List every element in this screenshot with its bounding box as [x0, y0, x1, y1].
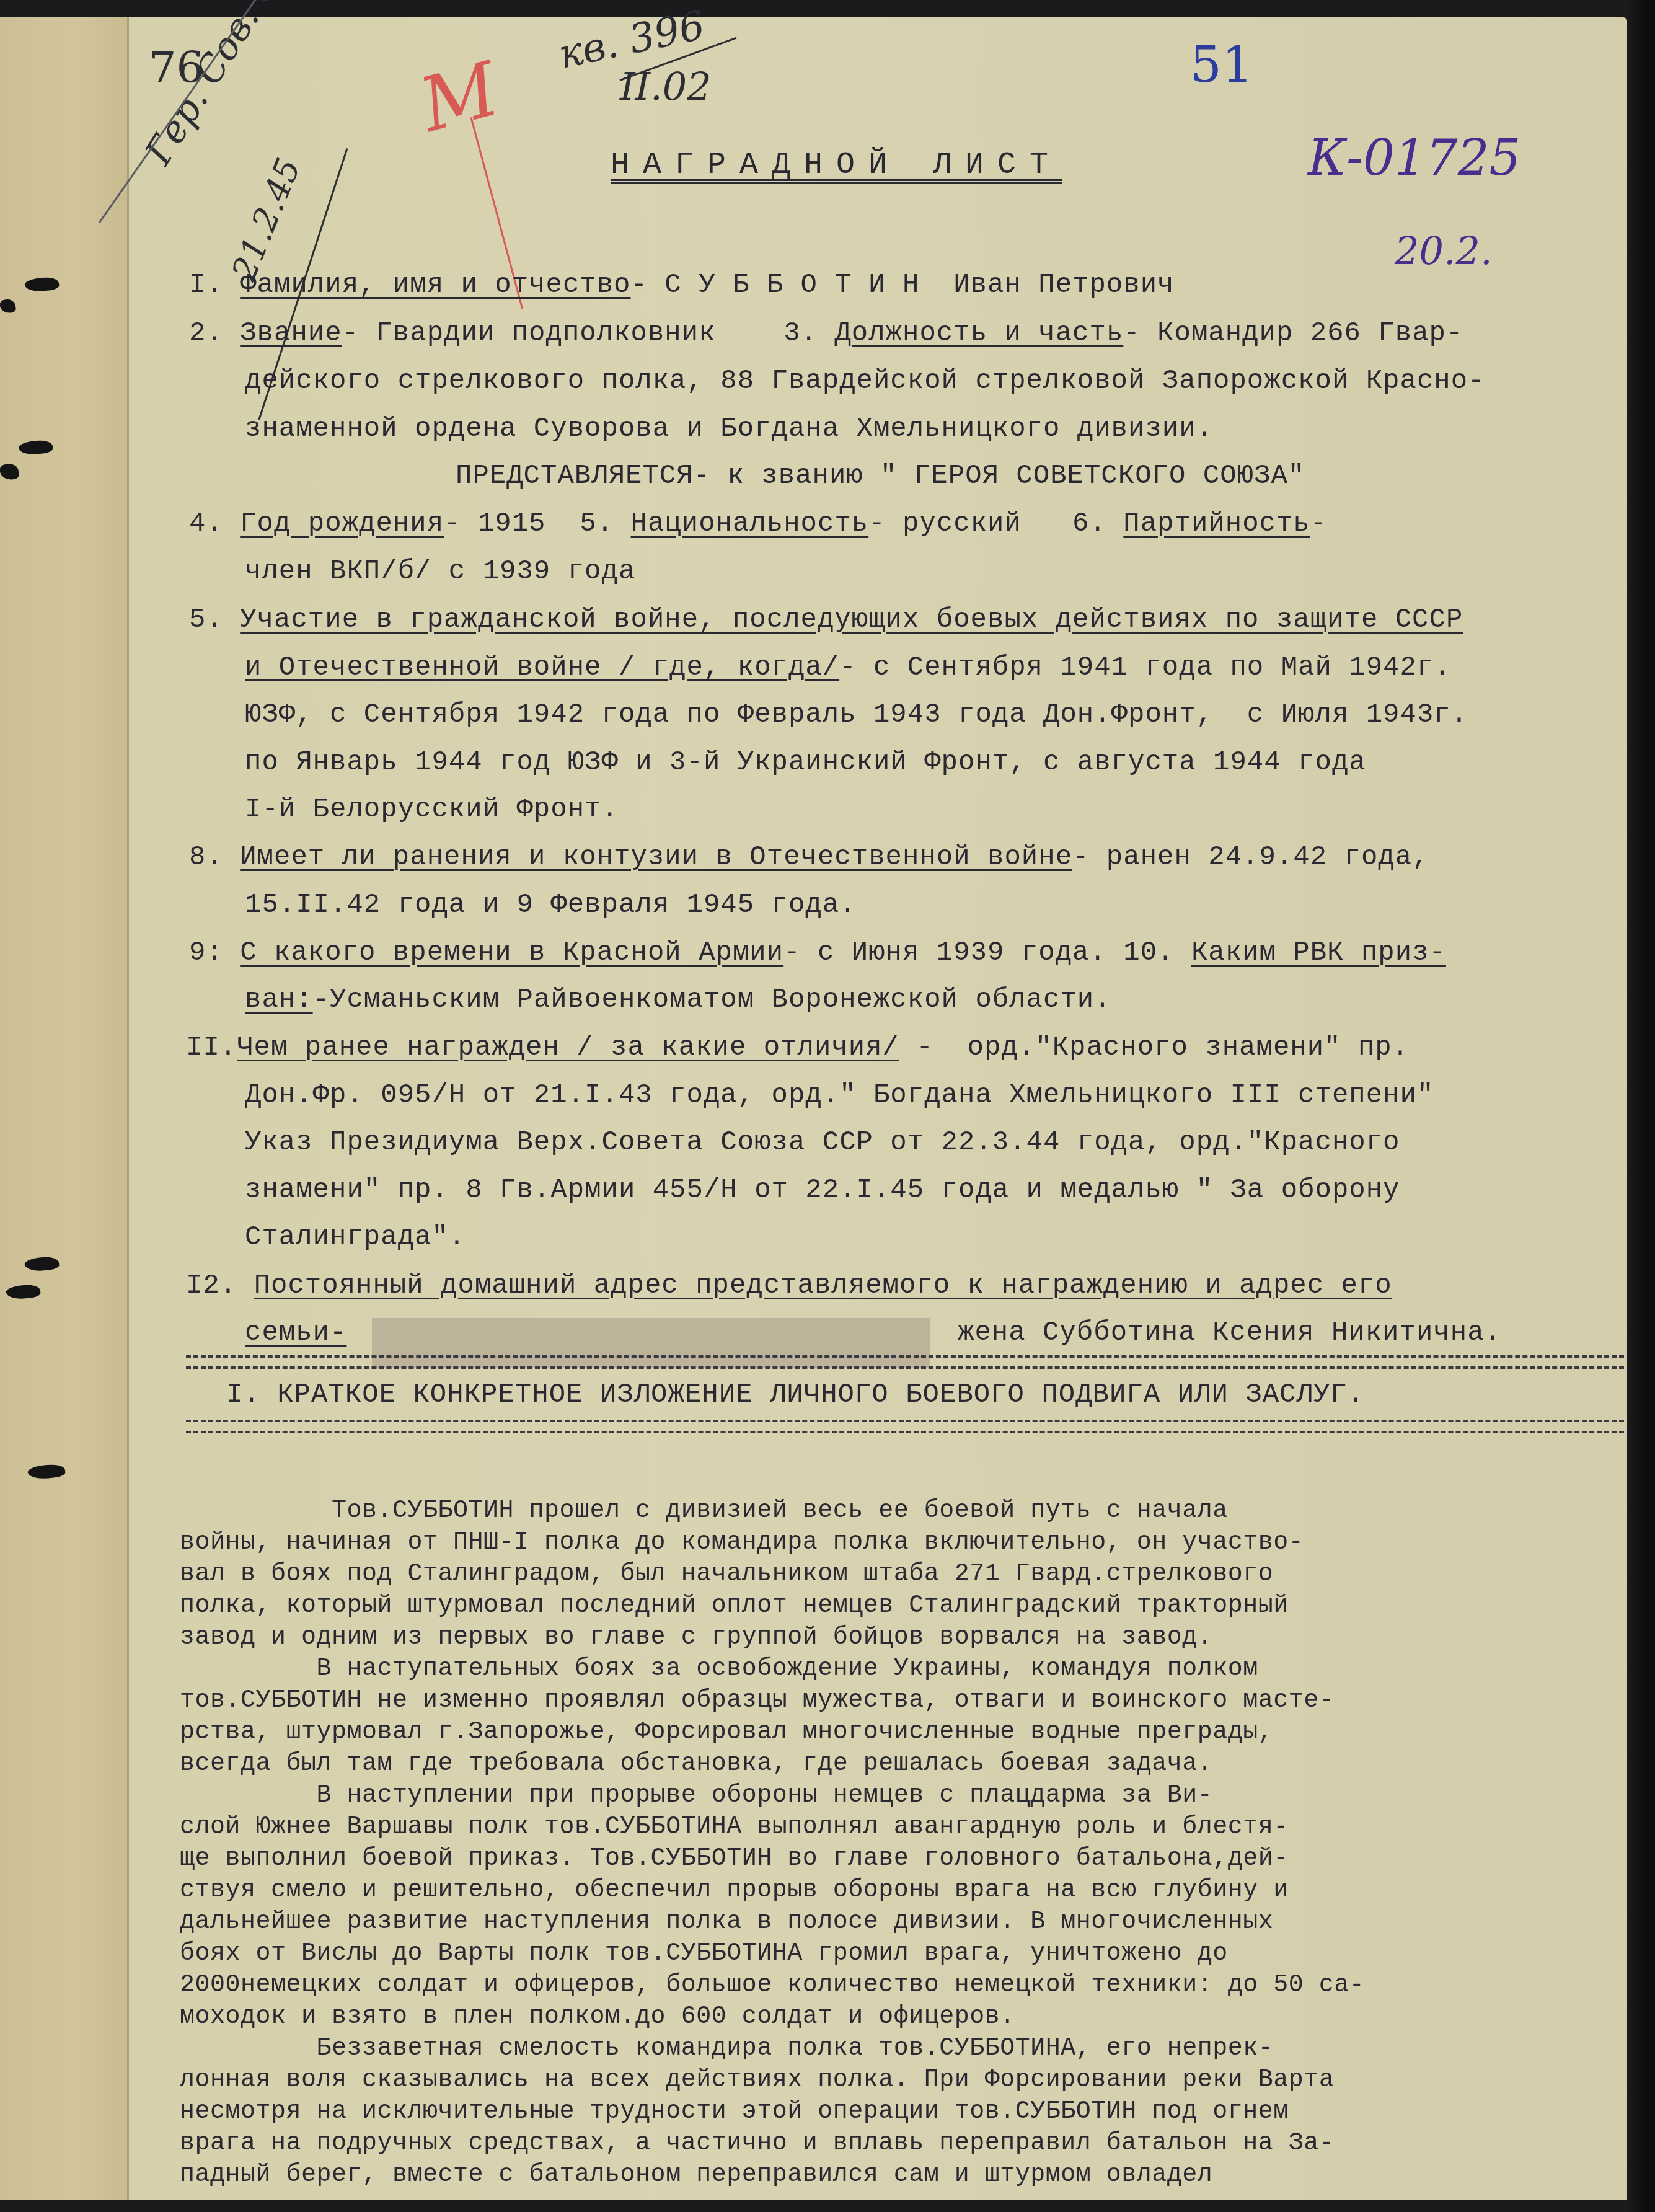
registration-date: 20.2. — [1395, 228, 1493, 273]
archive-mark-sub: II.02 — [620, 64, 712, 109]
field-value: -Усманьским Райвоенкоматом Воронежской о… — [313, 984, 1111, 1015]
document-title: НАГРАДНОЙ ЛИСТ — [611, 148, 1062, 183]
page-number: 51 — [1190, 36, 1253, 94]
field-number: 9: — [189, 937, 223, 968]
field-10-cont: ван:-Усманьским Райвоенкоматом Воронежск… — [245, 986, 1111, 1014]
field-number: 3. — [783, 318, 818, 349]
field-label: Имеет ли ранения и контузии в Отечествен… — [240, 842, 1072, 873]
field-8-cont: 15.II.42 года и 9 Февраля 1945 года. — [245, 891, 857, 919]
field-label: Фамилия, имя и отчество — [240, 270, 630, 301]
field-11-cont: Указ Президиума Верх.Совета Союза ССР от… — [245, 1129, 1400, 1156]
field-number: 8. — [189, 842, 223, 873]
narrative-line: ще выполнил боевой приказ. Тов.СУББОТИН … — [180, 1847, 1289, 1872]
field-value-birth-year: 1915 — [478, 508, 546, 539]
field-label: семьи- — [245, 1317, 346, 1348]
field-label: Звание — [240, 318, 342, 349]
field-4-5-6: 4. Год рождения- 1915 5. Национальность-… — [189, 510, 1327, 538]
narrative-line: лонная воля сказывались на всех действия… — [180, 2068, 1334, 2093]
field-11: II.Чем ранее награжден / за какие отличи… — [186, 1034, 1409, 1061]
field-12-label-cont: семьи- — [245, 1319, 346, 1347]
field-number: 6. — [1072, 508, 1106, 539]
field-value: - с Июня 1939 года. — [783, 937, 1106, 968]
binding-hole — [0, 462, 20, 481]
red-pencil-mark: М — [412, 46, 508, 149]
section-heading: I. КРАТКОЕ КОНКРЕТНОЕ ИЗЛОЖЕНИЕ ЛИЧНОГО … — [226, 1381, 1364, 1409]
field-label: Должность и часть — [834, 318, 1123, 349]
narrative-line: В наступлении при прорыве обороны немцев… — [180, 1784, 1212, 1808]
diagonal-date: 21.2.45 — [224, 153, 309, 286]
binding-hole — [18, 438, 54, 456]
field-1: I. Фамилия, имя и отчество- С У Б Б О Т … — [189, 272, 1174, 299]
field-value: - орд."Красного знамени" пр. — [899, 1032, 1409, 1063]
field-value-nationality: русский — [903, 508, 1022, 539]
field-value-position: Командир 266 Гвар- — [1157, 318, 1463, 349]
field-7-cont: ЮЗФ, с Сентября 1942 года по Февраль 194… — [245, 701, 1468, 728]
field-9-10: 9: С какого времени в Красной Армии- с И… — [189, 939, 1446, 967]
field-number: I. — [189, 270, 223, 301]
narrative-line: завод и одним из первых во главе с групп… — [180, 1626, 1212, 1650]
field-value-party: член ВКП/б/ с 1939 года — [245, 558, 635, 585]
field-value: - с Сентября 1941 года по Май 1942г. — [839, 652, 1451, 683]
registration-code: К-01725 — [1308, 129, 1520, 187]
binding-strip — [0, 17, 129, 2200]
field-value-name: С У Б Б О Т И Н Иван Петрович — [664, 270, 1174, 301]
field-2-3: 2. Звание- Гвардии подполковник 3. Должн… — [189, 320, 1463, 347]
field-number: 2. — [189, 318, 223, 349]
field-7-cont: и Отечественной войне / где, когда/- с С… — [245, 654, 1451, 681]
field-value: - ранен 24.9.42 года, — [1072, 842, 1429, 873]
narrative-line: Тов.СУББОТИН прошел с дивизией весь ее б… — [180, 1499, 1228, 1524]
document-page: 76 кв. 396 II.02 51 К-01725 20.2. Гер. С… — [0, 17, 1627, 2200]
field-label: Национальность — [631, 508, 869, 539]
binding-hole — [0, 298, 16, 314]
field-number: 4. — [189, 508, 223, 539]
binding-hole — [6, 1283, 42, 1301]
field-label: ван: — [245, 984, 313, 1015]
field-number: I2. — [186, 1270, 237, 1301]
field-label: Год рождения — [240, 508, 444, 539]
narrative-line: войны, начиная от ПНШ-I полка до команди… — [180, 1531, 1304, 1555]
field-label: Постоянный домашний адрес представляемог… — [254, 1270, 1392, 1301]
field-value-rank: Гвардии подполковник — [376, 318, 715, 349]
field-7: 5. Участие в гражданской войне, последую… — [189, 606, 1463, 634]
field-label: Партийность — [1123, 508, 1310, 539]
field-label: и Отечественной войне / где, когда/ — [245, 652, 839, 683]
narrative-line: боях от Вислы до Варты полк тов.СУББОТИН… — [180, 1942, 1228, 1966]
narrative-line: рства, штурмовал г.Запорожье, Форсировал… — [180, 1720, 1273, 1745]
field-7-cont: по Январь 1944 год ЮЗФ и 3-й Украинский … — [245, 749, 1366, 776]
field-8: 8. Имеет ли ранения и контузии в Отечест… — [189, 844, 1429, 871]
narrative-line: Беззаветная смелость командира полка тов… — [180, 2037, 1273, 2061]
narrative-line: 2000немецких солдат и офицеров, большое … — [180, 1973, 1364, 1998]
binding-hole — [27, 1462, 66, 1481]
narrative-line: моходок и взято в плен полком.до 600 сол… — [180, 2005, 1015, 2030]
field-3-cont: дейского стрелкового полка, 88 Гвардейск… — [245, 368, 1485, 395]
field-value-family: жена Субботина Ксения Никитична. — [958, 1319, 1501, 1347]
field-number: II. — [186, 1032, 237, 1063]
narrative-line: несмотря на исключительные трудности это… — [180, 2100, 1289, 2125]
narrative-line: слой Южнее Варшавы полк тов.СУББОТИНА вы… — [180, 1815, 1289, 1840]
narrative-line: полка, который штурмовал последний оплот… — [180, 1594, 1289, 1619]
field-3-cont: знаменной ордена Суворова и Богдана Хмел… — [245, 415, 1213, 443]
field-label: Чем ранее награжден / за какие отличия/ — [237, 1032, 899, 1063]
field-label: С какого времени в Красной Армии — [240, 937, 783, 968]
narrative-line: падный берег, вместе с батальоном перепр… — [180, 2163, 1212, 2188]
field-label: Каким РВК приз- — [1191, 937, 1446, 968]
field-number: 5. — [580, 508, 614, 539]
scan-edge-shadow — [1627, 0, 1655, 2212]
narrative-line: ствуя смело и решительно, обеспечил прор… — [180, 1878, 1289, 1903]
narrative-line: В наступательных боях за освобождение Ук… — [180, 1657, 1258, 1682]
narrative-line: врага на подручных средствах, а частично… — [180, 2131, 1334, 2156]
binding-hole — [24, 1255, 60, 1273]
narrative-line: всегда был там где требовала обстановка,… — [180, 1752, 1212, 1777]
field-11-cont: Дон.Фр. 095/Н от 21.I.43 года, орд." Бог… — [245, 1082, 1434, 1109]
narrative-line: тов.СУББОТИН не изменно проявлял образцы… — [180, 1689, 1334, 1714]
field-12: I2. Постоянный домашний адрес представля… — [186, 1272, 1392, 1299]
double-rule — [186, 1420, 1624, 1433]
narrative-line: дальнейшее развитие наступления полка в … — [180, 1910, 1273, 1935]
field-7-cont: I-й Белорусский Фронт. — [245, 796, 619, 823]
double-rule — [186, 1355, 1624, 1369]
field-11-cont: знамени" пр. 8 Гв.Армии 455/Н от 22.I.45… — [245, 1177, 1400, 1204]
field-11-cont: Сталинграда". — [245, 1224, 466, 1251]
field-number: 5. — [189, 604, 223, 635]
field-label: Участие в гражданской войне, последующих… — [240, 604, 1463, 635]
nomination: ПРЕДСТАВЛЯЕТСЯ- к званию " ГЕРОЯ СОВЕТСК… — [456, 462, 1305, 490]
narrative-line: вал в боях под Сталинградом, был начальн… — [180, 1562, 1273, 1587]
binding-hole — [24, 275, 60, 293]
field-number: 10. — [1123, 937, 1174, 968]
